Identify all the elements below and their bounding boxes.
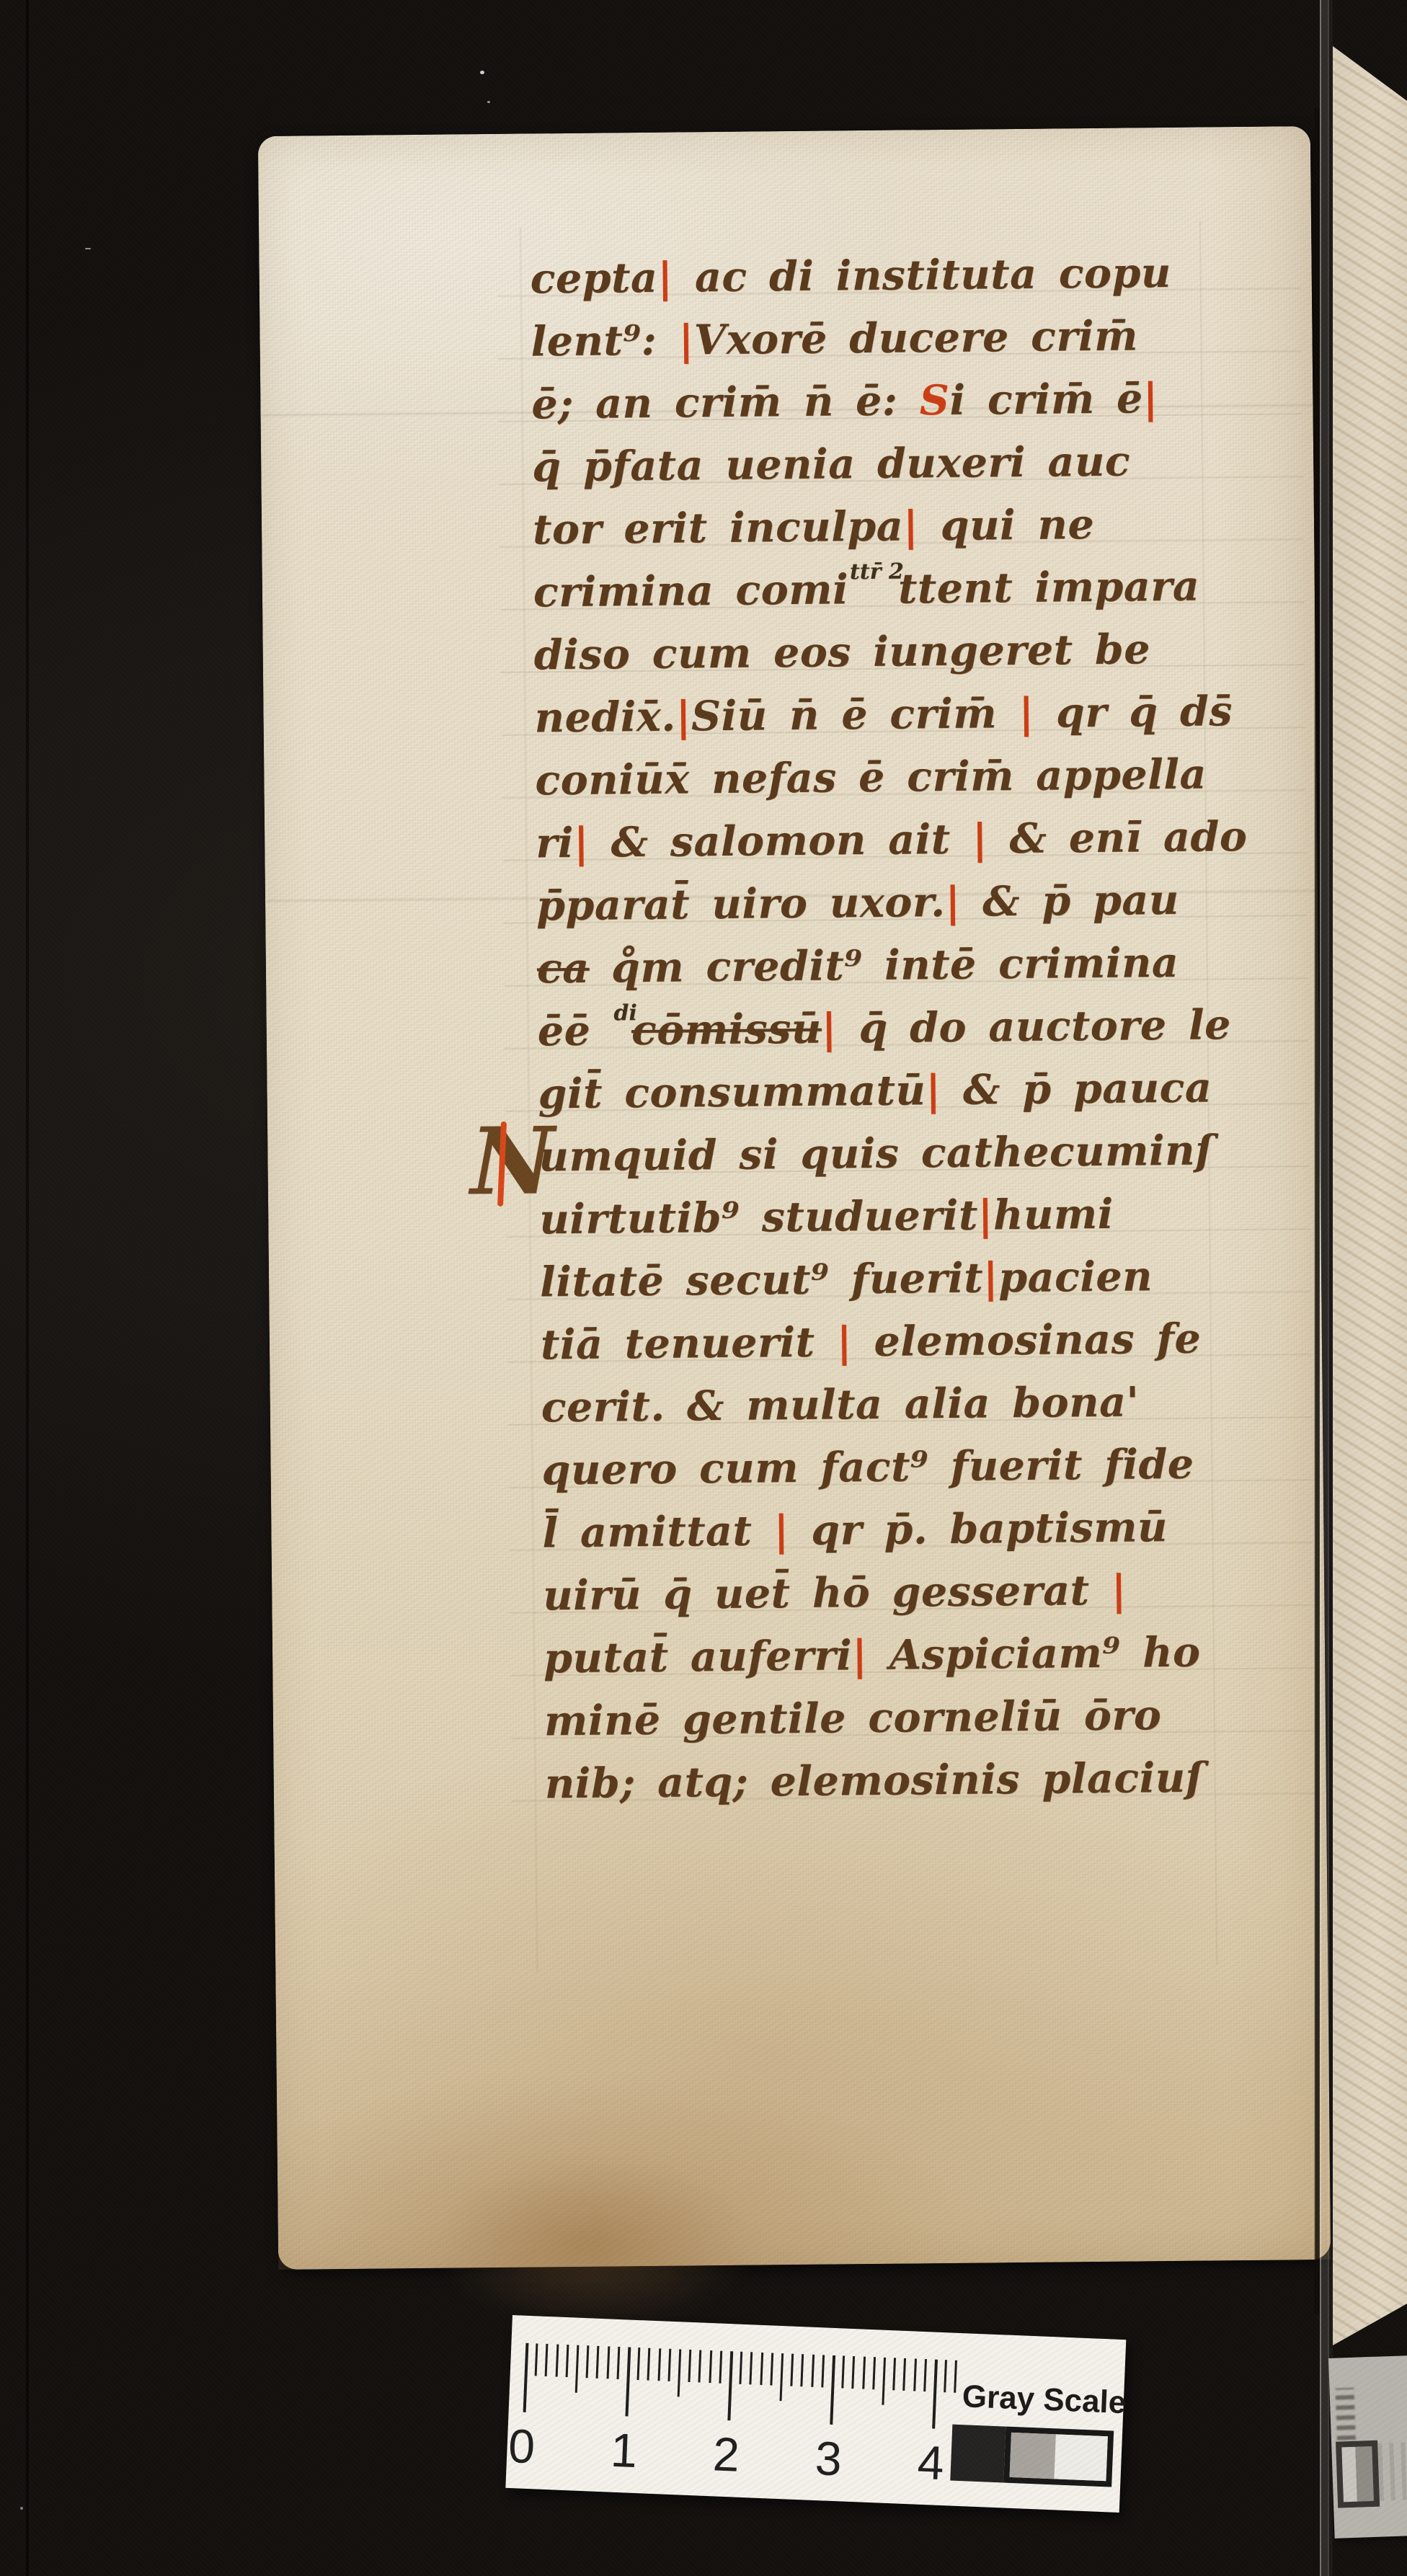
- manuscript-line: git̄ consummatū| & p̄ pauca: [538, 1056, 1212, 1125]
- text-segment: tiā tenuerit: [541, 1318, 837, 1369]
- ruler-tick-mm: [647, 2348, 651, 2381]
- rubric-mark: |: [926, 1066, 941, 1114]
- text-segment: uirtutib⁹ studuerit: [539, 1191, 978, 1244]
- text-segment: qr q̄ ds̄: [1034, 687, 1233, 737]
- ruler-card: 01234 Gray Scale: [505, 2315, 1126, 2513]
- ruler-tick-mm: [667, 2349, 671, 2381]
- text-segment: ri: [536, 819, 574, 868]
- rubric-mark: |: [903, 502, 919, 550]
- cloth-seam: [26, 0, 29, 2576]
- text-segment: pacien: [998, 1252, 1153, 1302]
- photograph-stage: cepta| ac di instituta copulent⁹: |Vxorē…: [0, 0, 1407, 2576]
- rubric-mark: |: [972, 814, 988, 863]
- text-segment: i crim̄ ē: [949, 374, 1143, 425]
- text-segment: l̄ amittat: [542, 1506, 774, 1557]
- rubric-mark: |: [852, 1631, 868, 1679]
- text-segment: tor erit inculpa: [533, 502, 904, 554]
- manuscript-line: lent⁹: |Vxorē ducere crim̄: [531, 304, 1138, 373]
- manuscript-line: crimina comittr̄ 2ttent impara: [533, 555, 1200, 624]
- rubric-mark: |: [945, 878, 961, 926]
- dust-speck: [487, 101, 490, 103]
- ruler-tick-mm: [555, 2344, 559, 2376]
- ruler-tick-mm: [821, 2355, 825, 2387]
- ruler-tick-mm: [944, 2360, 947, 2392]
- manuscript-line: cepta| ac di instituta copu: [530, 241, 1171, 311]
- ruler-tick-mm: [740, 2352, 743, 2384]
- ruler-tick-mm: [780, 2353, 784, 2401]
- text-segment: q̄ p̄fata uenia duxeri auc: [532, 437, 1130, 491]
- manuscript-line: q̄ p̄fata uenia duxeri auc: [532, 430, 1131, 498]
- initial-red-stroke: [497, 1122, 507, 1207]
- ruler-tick-mm: [688, 2350, 692, 2382]
- ruler-tick-mm: [596, 2346, 600, 2379]
- dust-speck: [20, 2507, 23, 2510]
- ruler-tick-mm: [954, 2360, 958, 2393]
- grayscale-frame: [1003, 2427, 1114, 2487]
- text-block: cepta| ac di instituta copulent⁹: |Vxorē…: [258, 126, 1331, 2270]
- partial-card-ghost-marks: [1377, 2442, 1407, 2501]
- ruler-ticks: [512, 2315, 1126, 2340]
- rubric-mark: |: [983, 1253, 999, 1302]
- plexiglass-strip: [1320, 0, 1333, 2576]
- ruler-tick-cm: [830, 2355, 835, 2425]
- text-segment: Aspiciam⁹ ho: [867, 1628, 1201, 1679]
- manuscript-line: cerit. & multa alia bona': [541, 1370, 1140, 1439]
- ruler-number: 0: [505, 2422, 538, 2471]
- ruler-number: 1: [607, 2425, 641, 2474]
- ruler-tick-mm: [872, 2357, 876, 2389]
- text-segment: Vxorē ducere crim̄: [694, 311, 1139, 364]
- ruler-tick-mm: [811, 2355, 815, 2387]
- text-segment: p̄parat̄ uiro uxor.: [536, 878, 946, 930]
- text-segment: litatē secut⁹ fuerit: [540, 1253, 984, 1306]
- grayscale-patch-white: [1054, 2434, 1107, 2481]
- ruler-tick-mm: [770, 2353, 773, 2385]
- text-segment: & enī ado: [987, 812, 1248, 863]
- dust-speck: [480, 71, 484, 74]
- manuscript-line: uirtutib⁹ studuerit|humi: [539, 1183, 1114, 1251]
- text-segment: coniūx̄ nefas ē crim̄ appella: [535, 750, 1207, 804]
- ruler-tick-cm: [625, 2347, 631, 2416]
- manuscript-line: ēē dicōmissū| q̄ do auctore le: [537, 993, 1231, 1062]
- ruler-number: 4: [914, 2438, 948, 2487]
- text-segment: q̊m credit⁹ intē crimina: [589, 938, 1179, 992]
- manuscript-line: uirū q̄ uet̄ hō gesserat |: [543, 1559, 1127, 1627]
- ruler-tick-mm: [565, 2345, 569, 2377]
- text-segment: nedix̄.: [534, 693, 676, 742]
- text-segment: git̄ consummatū: [538, 1066, 926, 1118]
- ruler-tick-mm: [678, 2349, 682, 2397]
- text-segment: elemosinas fe: [852, 1315, 1202, 1367]
- rubric-mark: |: [822, 1004, 838, 1052]
- ruler-tick-cm: [727, 2351, 733, 2420]
- ruler-tick-mm: [841, 2355, 845, 2388]
- grayscale-bar: [950, 2425, 1114, 2487]
- grayscale-patch-black: [950, 2425, 1006, 2483]
- ruler-tick-mm: [709, 2350, 712, 2383]
- text-segment: quero cum fact⁹ fuerit fide: [541, 1440, 1194, 1495]
- rubric-mark: |: [836, 1318, 852, 1366]
- manuscript-line: p̄parat̄ uiro uxor.| & p̄ pau: [536, 869, 1179, 938]
- adjacent-folio-edge: [1333, 0, 1407, 2576]
- text-segment: q̄ do auctore le: [837, 1000, 1231, 1052]
- ruler-tick-mm: [719, 2351, 722, 2384]
- ruler-number: 2: [709, 2430, 743, 2479]
- manuscript-line: ē; an crim̄ n̄ ē: Si crim̄ ē|: [531, 367, 1158, 435]
- ruler-tick-mm: [913, 2358, 917, 2391]
- ruler-tick-mm: [657, 2348, 661, 2381]
- text-segment: nib; atq; elemosinis placiuſ: [544, 1754, 1203, 1808]
- text-segment: qui ne: [918, 500, 1094, 550]
- text-segment: putat̄ auferri: [543, 1631, 853, 1682]
- ruler-tick-cm: [932, 2360, 938, 2429]
- ruler-tick-mm: [586, 2345, 590, 2378]
- ruler-tick-mm: [616, 2347, 620, 2379]
- ruler-tick-mm: [852, 2356, 856, 2389]
- text-segment: & p̄ pau: [960, 876, 1179, 926]
- ruler-tick-mm: [760, 2353, 763, 2385]
- rubric-mark: |: [1018, 689, 1034, 737]
- ruler-tick-mm: [535, 2343, 538, 2376]
- partial-card-text-smudge: [1335, 2388, 1355, 2440]
- text-segment: & p̄ pauca: [941, 1063, 1212, 1114]
- text-segment: cepta: [530, 254, 657, 303]
- rubric-mark: |: [1111, 1566, 1127, 1615]
- ruler-tick-mm: [903, 2358, 907, 2391]
- text-segment: cōmissū: [631, 1005, 822, 1055]
- text-segment: lent⁹:: [531, 316, 679, 365]
- text-segment: & salomon ait: [589, 815, 972, 867]
- text-segment: cerit. & multa alia bona': [541, 1377, 1139, 1431]
- rubric-mark: |: [657, 254, 673, 302]
- text-segment: qr p̄. baptismū: [789, 1503, 1168, 1555]
- text-segment: ēē: [537, 1006, 613, 1055]
- text-segment: ac di instituta copu: [673, 249, 1171, 302]
- manuscript-line: diso cum eos iungeret be: [533, 618, 1150, 686]
- manuscript-line: ca q̊m credit⁹ intē crimina: [537, 931, 1179, 1000]
- manuscript-line: litatē secut⁹ fuerit|pacien: [540, 1245, 1153, 1313]
- rubric-mark: |: [773, 1506, 789, 1555]
- manuscript-page: cepta| ac di instituta copulent⁹: |Vxorē…: [258, 126, 1331, 2270]
- ruler-tick-mm: [892, 2358, 896, 2390]
- text-segment: ē; an crim̄ n̄ ē:: [531, 376, 920, 428]
- ruler-tick-mm: [606, 2346, 610, 2379]
- grayscale-patch-gray: [1010, 2433, 1056, 2479]
- text-segment: Siū n̄ ē crim̄: [691, 689, 1019, 740]
- rubric-mark: S: [919, 376, 949, 425]
- ruler-tick-mm: [923, 2359, 927, 2391]
- manuscript-line: nib; atq; elemosinis placiuſ: [544, 1746, 1204, 1816]
- text-segment: humi: [993, 1190, 1114, 1240]
- text-segment: ttent impara: [898, 562, 1200, 613]
- ruler-tick-mm: [750, 2352, 753, 2384]
- ruler-tick-mm: [862, 2357, 866, 2389]
- manuscript-line: l̄ amittat | qr p̄. baptismū: [542, 1496, 1168, 1564]
- ruler-tick-mm: [791, 2354, 794, 2386]
- dust-speck: [85, 248, 91, 249]
- gutter-shadow: [1315, 108, 1320, 2314]
- manuscript-line: Numquid si quis cathecuminſ: [538, 1119, 1213, 1188]
- manuscript-line: tiā tenuerit | elemosinas fe: [541, 1307, 1202, 1377]
- text-segment: di: [613, 1003, 637, 1024]
- grayscale-label: Gray Scale: [962, 2381, 1129, 2419]
- partial-card-patch: [1336, 2440, 1380, 2508]
- ruler-tick-mm: [882, 2358, 886, 2405]
- rubric-mark: |: [977, 1191, 993, 1239]
- ruler-numbers: 01234: [512, 2315, 1126, 2340]
- ruler-tick-mm: [545, 2344, 549, 2376]
- manuscript-line: putat̄ auferri| Aspiciam⁹ ho: [543, 1621, 1201, 1690]
- ruler-number: 3: [812, 2434, 845, 2483]
- text-segment: diso cum eos iungeret be: [533, 625, 1150, 679]
- text-segment: uirū q̄ uet̄ hō gesserat: [543, 1566, 1111, 1620]
- ruler-tick-mm: [575, 2345, 580, 2393]
- manuscript-line: quero cum fact⁹ fuerit fide: [541, 1433, 1194, 1502]
- manuscript-line: nedix̄.|Siū n̄ ē crim̄ | qr q̄ ds̄: [534, 680, 1233, 749]
- text-segment: ttr̄ 2: [850, 561, 904, 584]
- rubric-mark: |: [574, 819, 590, 867]
- manuscript-line: minē gentile corneliū ōro: [544, 1684, 1162, 1752]
- text-segment: crimina comi: [533, 565, 849, 616]
- text-segment: umquid si quis cathecuminſ: [538, 1126, 1213, 1181]
- ruler-tick-mm: [637, 2348, 641, 2380]
- manuscript-line: tor erit inculpa| qui ne: [533, 493, 1095, 561]
- ruler-tick-mm: [801, 2354, 804, 2386]
- ruler-tick-mm: [698, 2350, 702, 2382]
- manuscript-line: coniūx̄ nefas ē crim̄ appella: [535, 742, 1207, 812]
- rubric-mark: |: [1142, 374, 1158, 422]
- text-segment: ca: [537, 944, 590, 993]
- manuscript-line: ri| & salomon ait | & enī ado: [536, 805, 1248, 874]
- ruler-tick-cm: [523, 2343, 529, 2412]
- rubric-mark: |: [675, 692, 691, 740]
- rubric-mark: |: [678, 316, 694, 364]
- partial-scale-card: [1328, 2355, 1407, 2539]
- text-segment: minē gentile corneliū ōro: [544, 1691, 1162, 1745]
